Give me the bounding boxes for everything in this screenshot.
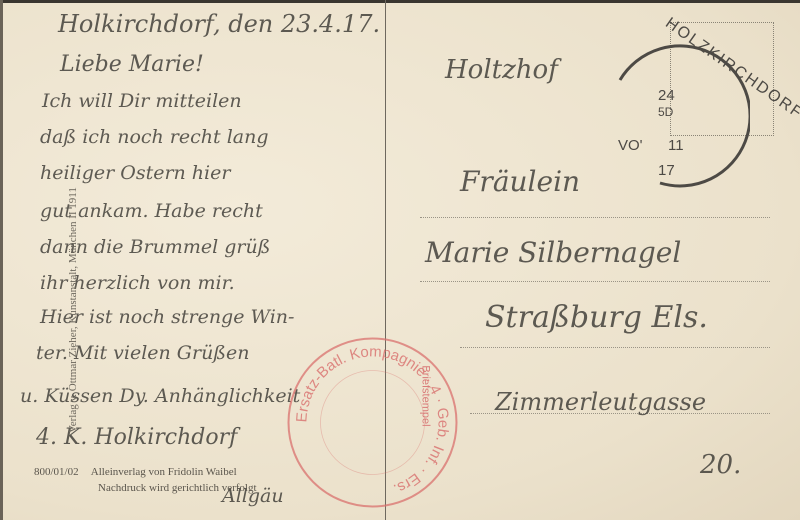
publisher-line: 800/01/02 Alleinverlag von Fridolin Waib… <box>34 466 237 478</box>
address-city: Straßburg Els. <box>485 300 708 335</box>
postmark-year: 17 <box>658 162 675 179</box>
censor-stamp-center-text: Briefstempel <box>420 365 432 426</box>
card-top-edge <box>0 0 800 3</box>
message-line: u. Küssen Dy. Anhänglichkeit <box>20 385 300 407</box>
address-line <box>420 281 770 282</box>
address-recipient-title: Fräulein <box>460 165 580 198</box>
postmark: HOLZKIRCHDORF 24 5D VO' 11 17 <box>600 40 750 190</box>
postmark-month: 5D <box>658 105 673 119</box>
message-line-salutation: Liebe Marie! <box>60 52 204 77</box>
catalog-number: 800/01/02 <box>34 466 79 478</box>
address-line <box>460 347 770 348</box>
sender-note: Holtzhof <box>445 55 558 85</box>
address-recipient-name: Marie Silbernagel <box>425 236 681 269</box>
copyright-line: Nachdruck wird gerichtlich verfolgt <box>98 482 257 494</box>
address-house-number: 20. <box>700 450 741 480</box>
censor-stamp: Ersatz-Batl. Kompagnie · 4 · Geb. Inf. ·… <box>285 335 460 510</box>
card-left-edge <box>0 0 3 520</box>
publisher-vertical-text: Verlag v. Ottmar Zieher, Kunstanstalt, M… <box>67 103 79 433</box>
postmark-day: 24 <box>658 87 675 104</box>
message-line-date: Holkirchdorf, den 23.4.17. <box>58 10 380 38</box>
address-street: Zimmerleutgasse <box>495 388 706 416</box>
postmark-hour: 11 <box>668 137 684 154</box>
postcard: Holkirchdorf, den 23.4.17. Liebe Marie! … <box>0 0 800 520</box>
address-line <box>420 217 770 218</box>
censor-stamp-ring-icon: Ersatz-Batl. Kompagnie · 4 · Geb. Inf. ·… <box>285 335 460 510</box>
postmark-time-prefix: VO' <box>618 137 643 154</box>
publisher-name: Alleinverlag von Fridolin Waibel <box>91 466 237 478</box>
